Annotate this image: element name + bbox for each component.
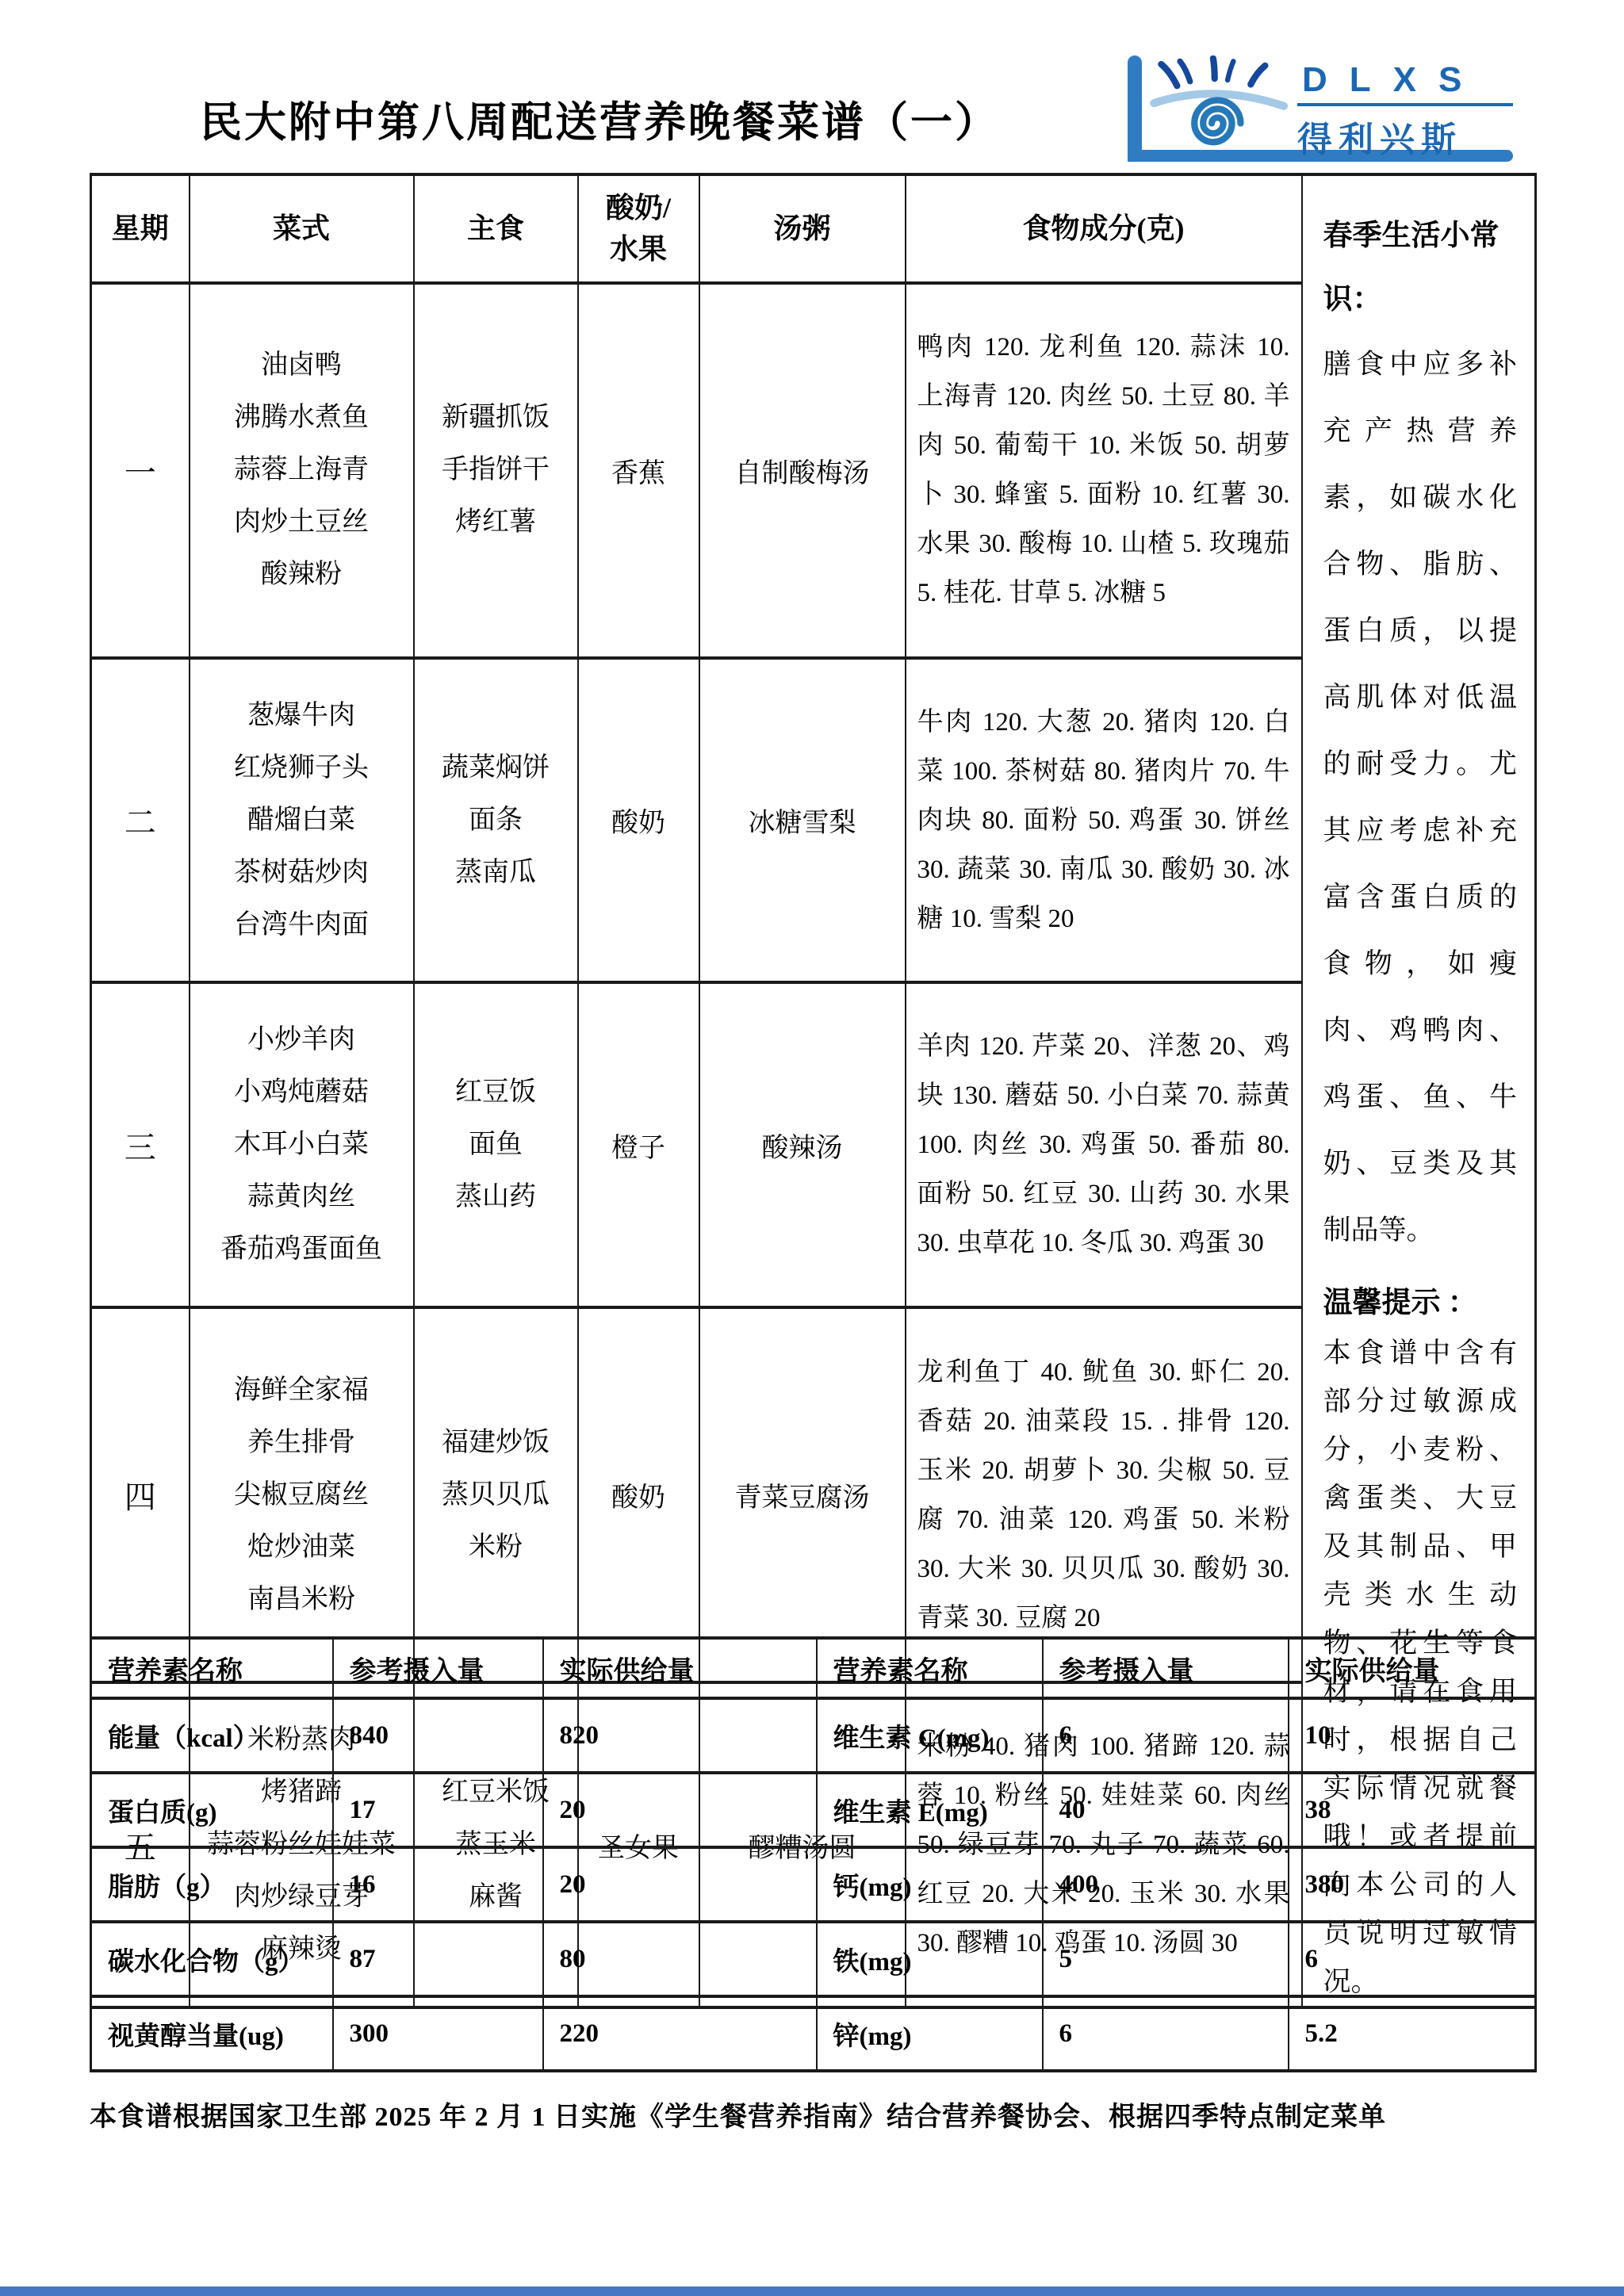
actual-supply: 20: [543, 1773, 817, 1847]
nutrient-name: 锌(mg): [817, 1996, 1043, 2071]
fruit-cell: 酸奶: [578, 1307, 699, 1682]
actual-supply-header: 实际供给量: [1289, 1638, 1536, 1698]
reference-intake-header: 参考摄入量: [1043, 1638, 1289, 1698]
nutrition-row: 视黄醇当量(ug) 300 220 锌(mg) 6 5.2: [91, 1996, 1536, 2071]
tips-title: 春季生活小常识：: [1323, 205, 1518, 331]
ingredients-cell: 羊肉 120. 芹菜 20、洋葱 20、鸡块 130. 蘑菇 50. 小白菜 7…: [906, 982, 1302, 1307]
dishes-cell: 小炒羊肉 小鸡炖蘑菇 木耳小白菜 蒜黄肉丝 番茄鸡蛋面鱼: [190, 982, 414, 1307]
col-header-dishes: 菜式: [190, 174, 414, 283]
reference-intake: 6: [1043, 1996, 1289, 2071]
menu-page: 民大附中第八周配送营养晚餐菜谱（一） DLXS 得利兴斯 星期 菜式 主食: [0, 0, 1624, 2296]
col-header-yogurt-fruit: 酸奶/ 水果: [578, 174, 699, 283]
reference-intake: 87: [333, 1922, 543, 1996]
dishes-cell: 油卤鸭 沸腾水煮鱼 蒜蓉上海青 肉炒土豆丝 酸辣粉: [190, 283, 414, 658]
nutrient-name: 视黄醇当量(ug): [91, 1996, 333, 2071]
nutrition-row: 脂肪（g） 16 20 钙(mg) 400 380: [91, 1847, 1536, 1922]
staple-cell: 蔬菜焖饼 面条 蒸南瓜: [414, 658, 578, 983]
weekday-cell: 一: [91, 283, 190, 658]
weekday-cell: 四: [91, 1307, 190, 1682]
actual-supply: 820: [543, 1698, 817, 1773]
reference-intake: 840: [333, 1698, 543, 1773]
eye-spiral-logo-icon: [1148, 55, 1293, 152]
soup-cell: 酸辣汤: [699, 982, 906, 1307]
ingredients-cell: 龙利鱼丁 40. 鱿鱼 30. 虾仁 20. 香菇 20. 油菜段 15. . …: [906, 1307, 1302, 1682]
ingredients-cell: 牛肉 120. 大葱 20. 猪肉 120. 白菜 100. 茶树菇 80. 猪…: [906, 658, 1302, 983]
reference-intake: 40: [1043, 1773, 1289, 1847]
col-header-ingredients: 食物成分(克): [906, 174, 1302, 283]
fruit-cell: 酸奶: [578, 658, 699, 983]
soup-cell: 自制酸梅汤: [699, 283, 906, 658]
actual-supply: 6: [1289, 1922, 1536, 1996]
logo-company-name: 得利兴斯: [1297, 111, 1513, 162]
reference-intake: 6: [1043, 1698, 1289, 1773]
nutrient-name: 脂肪（g）: [91, 1847, 333, 1922]
bottom-blue-bar: [0, 2286, 1624, 2296]
col-header-weekday: 星期: [91, 174, 190, 283]
col-header-staple: 主食: [414, 174, 578, 283]
dishes-cell: 海鲜全家福 养生排骨 尖椒豆腐丝 炝炒油菜 南昌米粉: [190, 1307, 414, 1682]
page-title: 民大附中第八周配送营养晚餐菜谱（一）: [200, 89, 999, 149]
nutrition-row: 能量（kcal） 840 820 维生素 C(mg) 6 10: [91, 1698, 1536, 1773]
nutrient-name-header: 营养素名称: [817, 1638, 1043, 1698]
soup-cell: 青菜豆腐汤: [699, 1307, 906, 1682]
actual-supply: 380: [1289, 1847, 1536, 1922]
nutrition-row: 碳水化合物（g） 87 80 铁(mg) 5 6: [91, 1922, 1536, 1996]
nutrient-name: 碳水化合物（g）: [91, 1922, 333, 1996]
reference-intake: 400: [1043, 1847, 1289, 1922]
staple-cell: 红豆饭 面鱼 蒸山药: [414, 982, 578, 1307]
logo-abbr: DLXS: [1297, 60, 1513, 106]
footer-note: 本食谱根据国家卫生部 2025 年 2 月 1 日实施《学生餐营养指南》结合营养…: [90, 2095, 1541, 2133]
allergy-note-title: 温馨提示 ：: [1323, 1278, 1518, 1329]
nutrient-name: 能量（kcal）: [91, 1698, 333, 1773]
weekday-cell: 三: [91, 982, 190, 1307]
logo-bracket-vertical: [1128, 55, 1142, 162]
staple-cell: 新疆抓饭 手指饼干 烤红薯: [414, 283, 578, 658]
actual-supply: 10: [1289, 1698, 1536, 1773]
reference-intake: 16: [333, 1847, 543, 1922]
company-logo: DLXS 得利兴斯: [1128, 54, 1518, 165]
nutrient-name: 维生素 E(mg): [817, 1773, 1043, 1847]
nutrition-header-row: 营养素名称 参考摄入量 实际供给量 营养素名称 参考摄入量 实际供给量: [91, 1638, 1536, 1698]
staple-cell: 福建炒饭 蒸贝贝瓜 米粉: [414, 1307, 578, 1682]
actual-supply: 20: [543, 1847, 817, 1922]
ingredients-cell: 鸭肉 120. 龙利鱼 120. 蒜沫 10. 上海青 120. 肉丝 50. …: [906, 283, 1302, 658]
nutrient-name: 维生素 C(mg): [817, 1698, 1043, 1773]
nutrition-table: 营养素名称 参考摄入量 实际供给量 营养素名称 参考摄入量 实际供给量 能量（k…: [90, 1636, 1537, 2072]
reference-intake: 17: [333, 1773, 543, 1847]
weekday-cell: 二: [91, 658, 190, 983]
dishes-cell: 葱爆牛肉 红烧狮子头 醋熘白菜 茶树菇炒肉 台湾牛肉面: [190, 658, 414, 983]
actual-supply-header: 实际供给量: [543, 1638, 817, 1698]
tips-body: 膳食中应多补充产热营养素，如碳水化合物、脂肪、蛋白质，以提高肌体对低温的耐受力。…: [1323, 331, 1518, 1264]
nutrient-name-header: 营养素名称: [91, 1638, 333, 1698]
actual-supply: 220: [543, 1996, 817, 2071]
fruit-cell: 香蕉: [578, 283, 699, 658]
nutrient-name: 钙(mg): [817, 1847, 1043, 1922]
reference-intake: 5: [1043, 1922, 1289, 1996]
menu-header-row: 星期 菜式 主食 酸奶/ 水果 汤粥 食物成分(克) 春季生活小常识： 膳食中应…: [91, 174, 1536, 283]
nutrient-name: 蛋白质(g): [91, 1773, 333, 1847]
soup-cell: 冰糖雪梨: [699, 658, 906, 983]
reference-intake-header: 参考摄入量: [333, 1638, 543, 1698]
nutrient-name: 铁(mg): [817, 1922, 1043, 1996]
actual-supply: 80: [543, 1922, 817, 1996]
actual-supply: 5.2: [1289, 1996, 1536, 2071]
nutrition-row: 蛋白质(g) 17 20 维生素 E(mg) 40 38: [91, 1773, 1536, 1847]
col-header-soup: 汤粥: [699, 174, 906, 283]
fruit-cell: 橙子: [578, 982, 699, 1307]
actual-supply: 38: [1289, 1773, 1536, 1847]
reference-intake: 300: [333, 1996, 543, 2071]
logo-text: DLXS 得利兴斯: [1297, 60, 1513, 162]
